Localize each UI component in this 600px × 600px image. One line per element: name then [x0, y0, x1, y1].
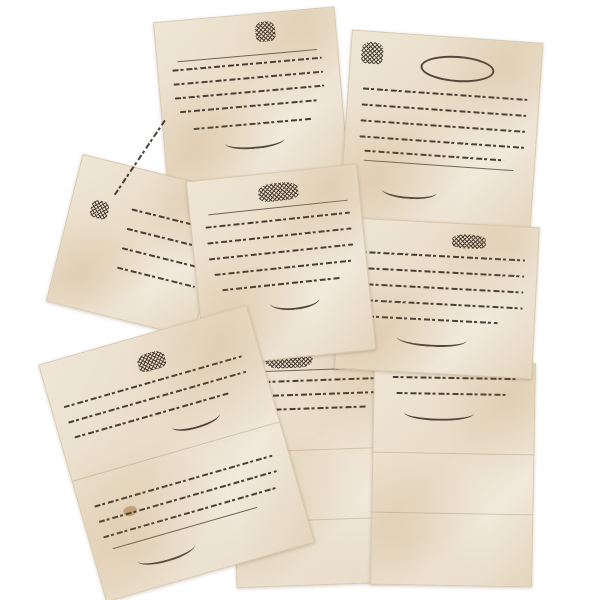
signature: [404, 404, 474, 421]
heading-cartouche: [420, 53, 496, 84]
signature: [169, 406, 221, 435]
signature: [381, 181, 437, 201]
signature: [396, 329, 467, 349]
seal-icon: [254, 21, 276, 43]
document-top-right: [339, 30, 544, 235]
document-photo: Photograph of a group of handwritten Ott…: [0, 0, 600, 600]
seal-icon: [452, 234, 487, 250]
seal-icon: [89, 199, 111, 221]
signature: [224, 130, 285, 151]
signature: [135, 536, 198, 570]
document-top-center: [153, 6, 349, 188]
seal-icon: [361, 41, 384, 64]
seal-icon: [136, 349, 168, 374]
signature: [269, 289, 321, 312]
seal-icon: [257, 181, 299, 203]
document-bottom-right: [370, 361, 536, 588]
